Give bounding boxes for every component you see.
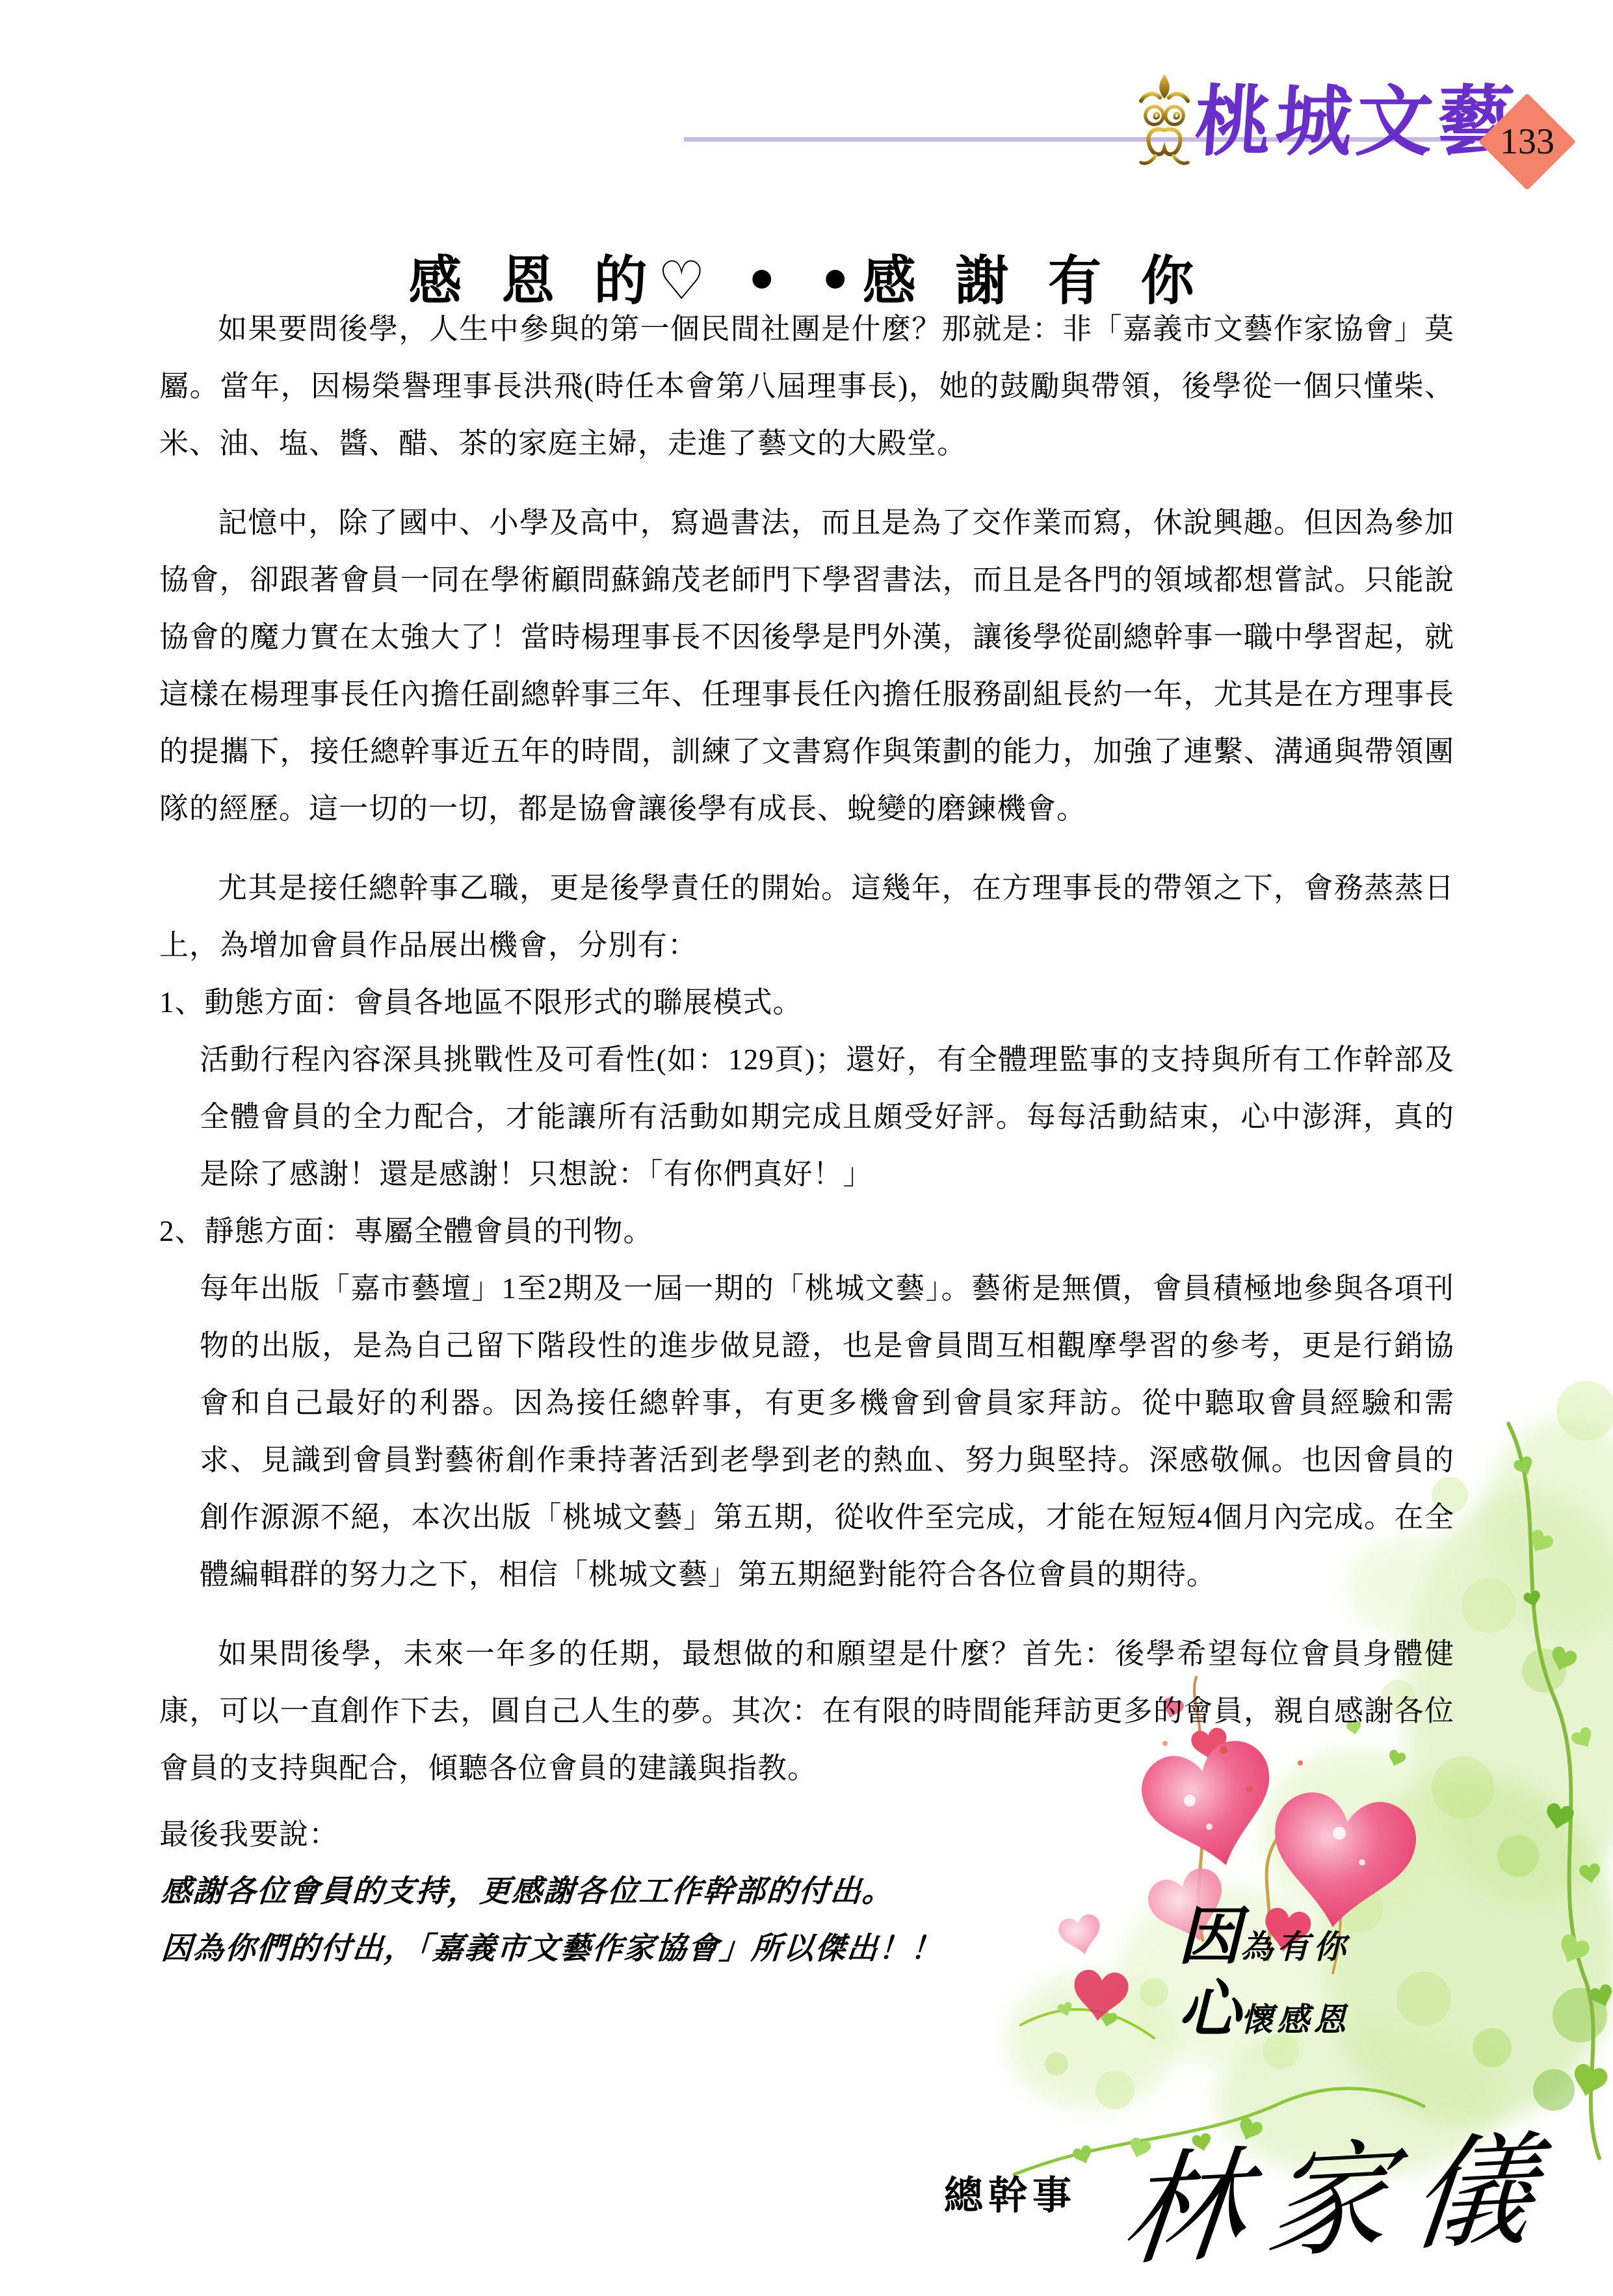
article-body: 如果要問後學，人生中參與的第一個民間社團是什麼？那就是：非「嘉義市文藝作家協會」… (159, 300, 1454, 1977)
page-number: 133 (1500, 121, 1554, 163)
gratitude-motto: 因 為有你 心 懷感恩 (1178, 1906, 1350, 2052)
list-item-dynamic: 1、動態方面：會員各地區不限形式的聯展模式。 活動行程內容深具挑戰性及可看性(如… (159, 974, 1454, 1203)
list-item-static: 2、靜態方面：專屬全體會員的刊物。 每年出版「嘉市藝壇」1至2期及一屆一期的「桃… (159, 1203, 1454, 1603)
signature-block: 總幹事 林家儀 (944, 2114, 1548, 2289)
magazine-page: 桃城文藝 133 感 恩 的♡ • •感 謝 有 你 如果要問後學，人生中參與的… (0, 0, 1613, 2296)
list-heading: 2、靜態方面：專屬全體會員的刊物。 (159, 1203, 1454, 1260)
association-logo-icon (1136, 70, 1192, 174)
motto-line-2: 心 懷感恩 (1178, 1979, 1350, 2041)
closing-intro: 最後我要說： (159, 1806, 1454, 1863)
paragraph-intro: 如果要問後學，人生中參與的第一個民間社團是什麼？那就是：非「嘉義市文藝作家協會」… (159, 300, 1454, 472)
list-body: 每年出版「嘉市藝壇」1至2期及一屆一期的「桃城文藝」。藝術是無價，會員積極地參與… (200, 1260, 1454, 1603)
paragraph-future: 如果問後學，未來一年多的任期，最想做的和願望是什麼？首先：後學希望每位會員身體健… (159, 1625, 1454, 1797)
motto-small-text: 為有你 (1240, 1931, 1350, 1968)
motto-big-char: 心 (1178, 1979, 1240, 2041)
list-body: 活動行程內容深具挑戰性及可看性(如：129頁)；還好，有全體理監事的支持與所有工… (200, 1031, 1454, 1203)
signature-name: 林家儀 (1115, 2090, 1566, 2289)
paragraph-memory: 記憶中，除了國中、小學及高中，寫過書法，而且是為了交作業而寫，休說興趣。但因為參… (159, 494, 1454, 837)
signature-role: 總幹事 (944, 2174, 1077, 2217)
motto-big-char: 因 (1178, 1906, 1240, 1968)
motto-line-1: 因 為有你 (1178, 1906, 1350, 1968)
motto-small-text: 懷感恩 (1240, 2003, 1350, 2041)
paragraph-duty: 尤其是接任總幹事乙職，更是後學責任的開始。這幾年，在方理事長的帶領之下，會務蒸蒸… (159, 859, 1454, 974)
list-heading: 1、動態方面：會員各地區不限形式的聯展模式。 (159, 974, 1454, 1031)
magazine-brand: 桃城文藝 (1192, 83, 1520, 160)
